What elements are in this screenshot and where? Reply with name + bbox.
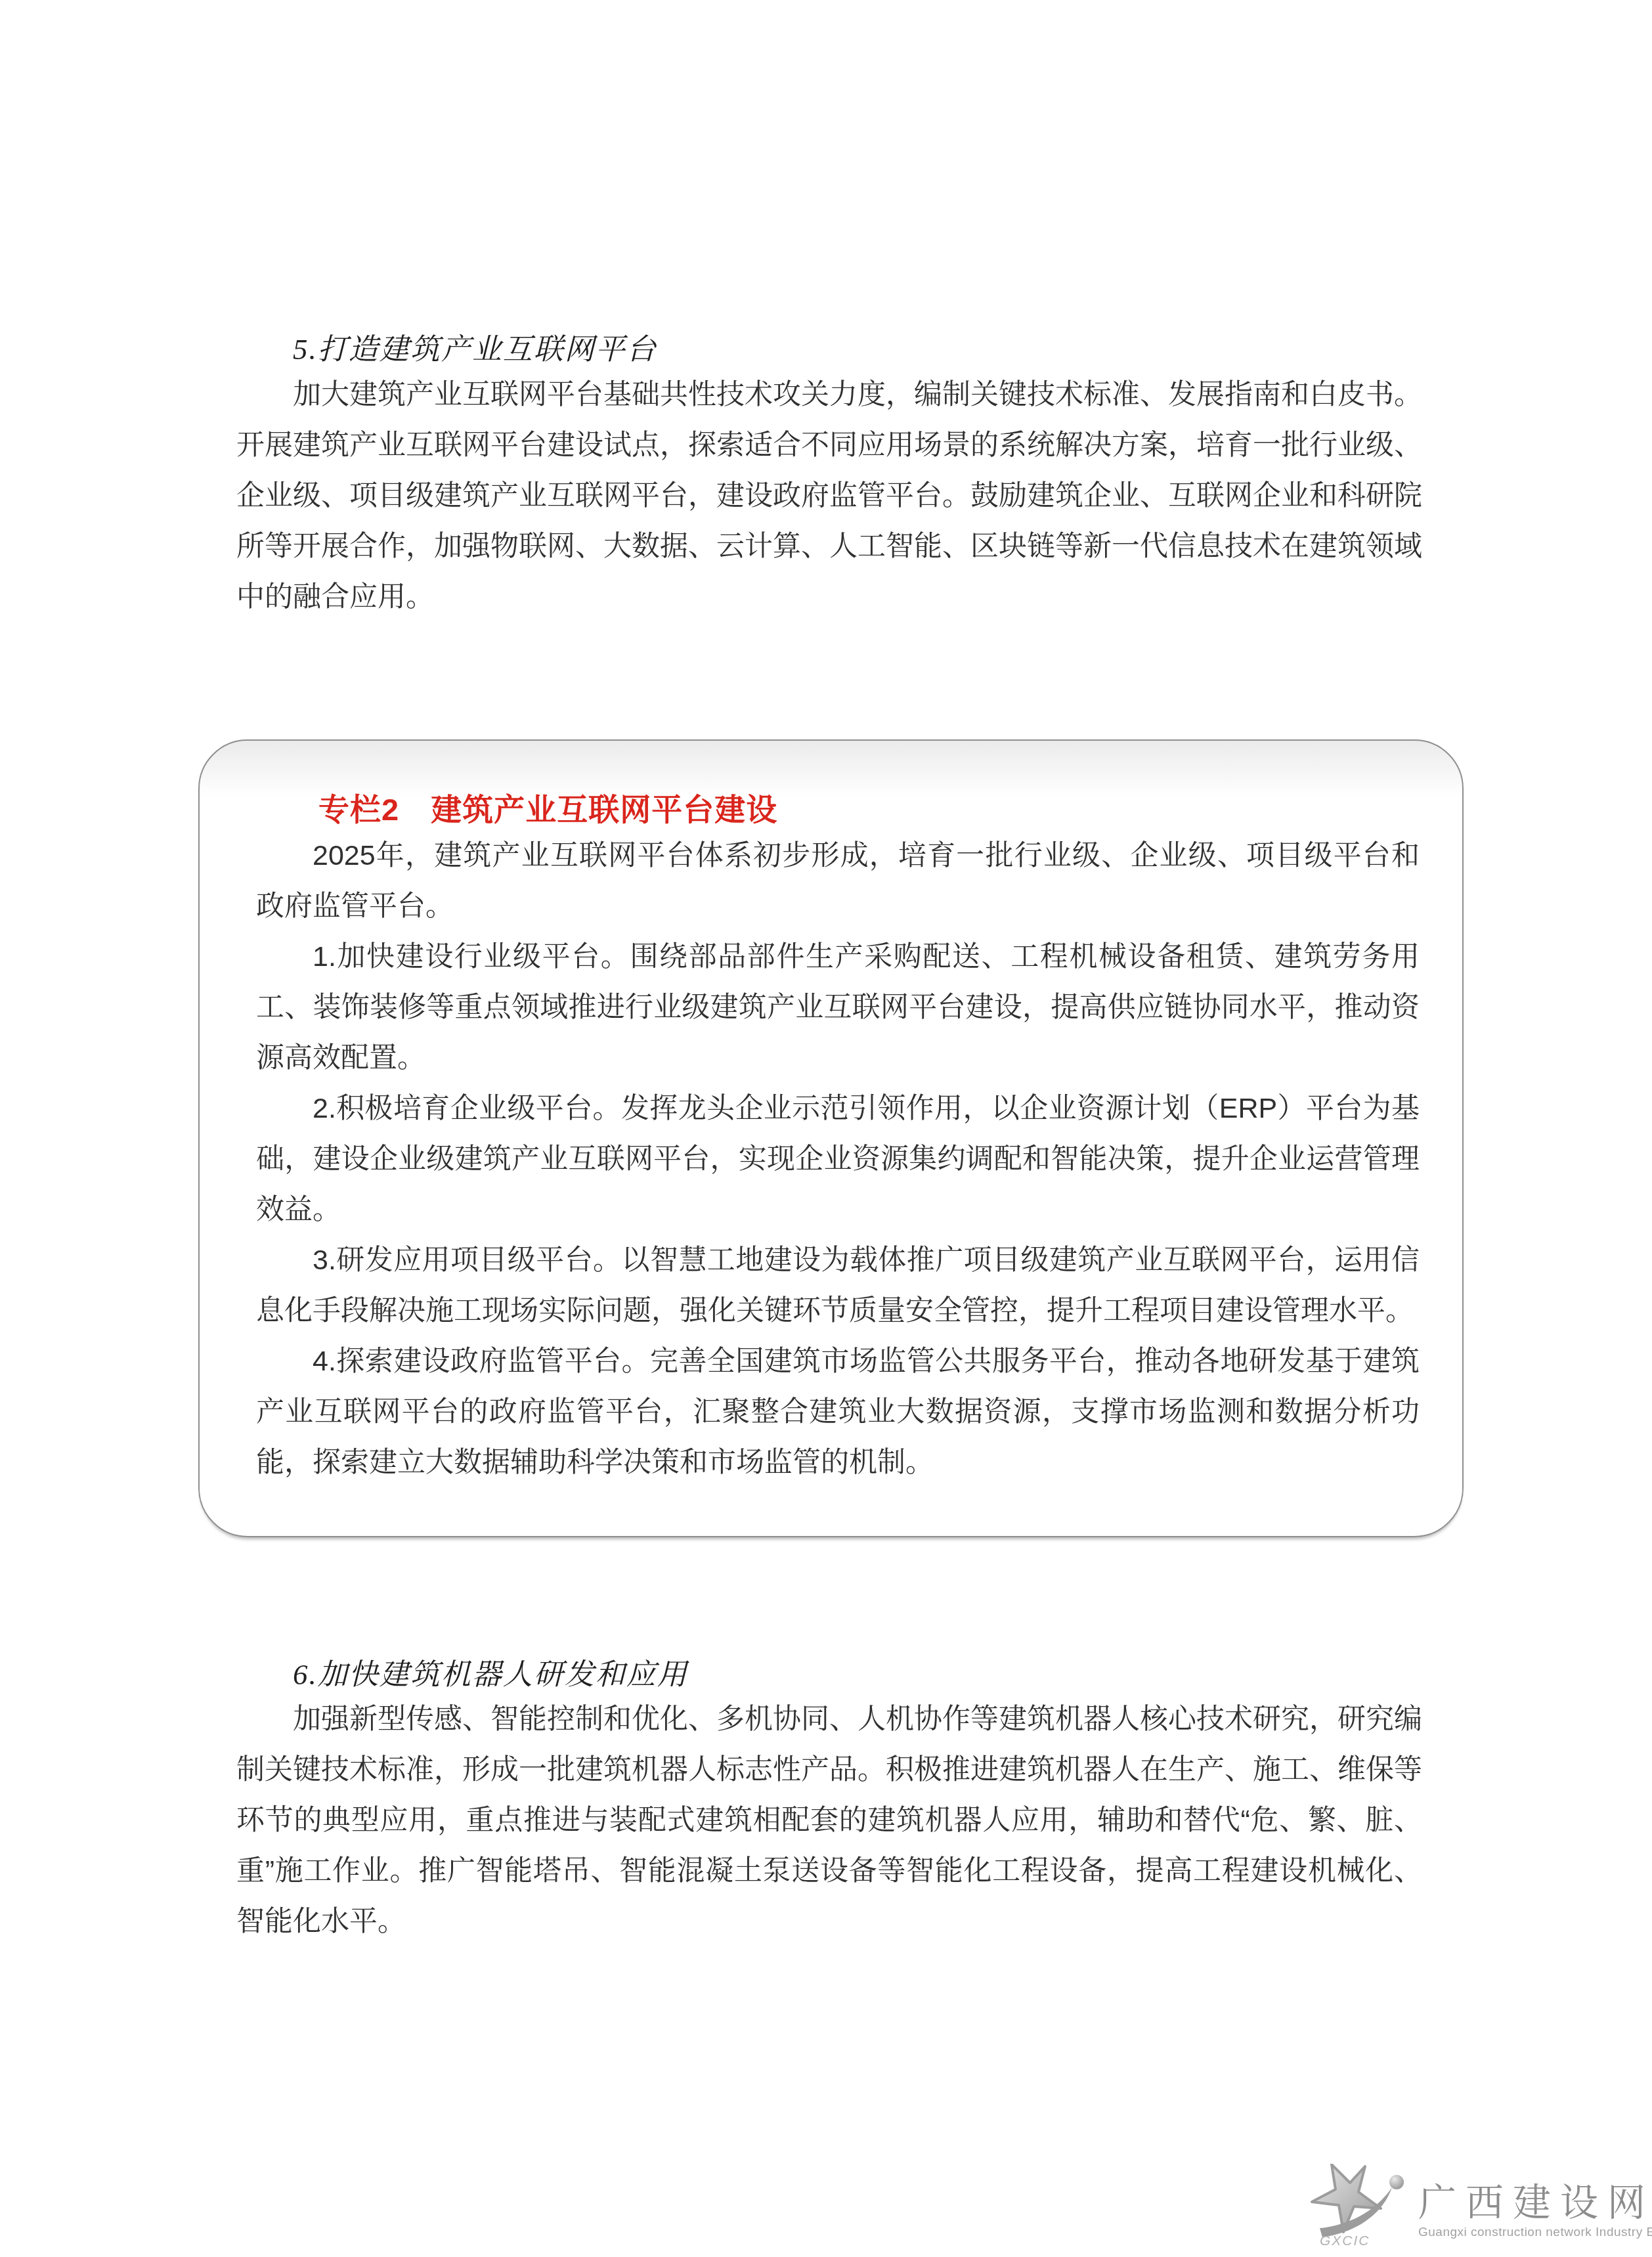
callout-box-body: 2025年，建筑产业互联网平台体系初步形成，培育一批行业级、企业级、项目级平台和… — [256, 831, 1420, 1488]
section-6-heading: 6.加快建筑机器人研发和应用 — [293, 1650, 688, 1693]
logo-name: 广西建设网 — [1418, 2183, 1652, 2223]
callout-paragraph-project-platform: 3.研发应用项目级平台。以智慧工地建设为载体推广项目级建筑产业互联网平台，运用信… — [256, 1235, 1420, 1336]
section-5-heading: 5.打造建筑产业互联网平台 — [293, 325, 657, 368]
gxcic-star-icon: GXCIC — [1301, 2164, 1412, 2248]
ball-shape — [1389, 2175, 1404, 2189]
callout-box-title: 专栏2 建筑产业互联网平台建设 — [318, 785, 777, 829]
callout-paragraph-government-platform: 4.探索建设政府监管平台。完善全国建筑市场监管公共服务平台，推动各地研发基于建筑… — [256, 1336, 1420, 1488]
callout-paragraph-overview: 2025年，建筑产业互联网平台体系初步形成，培育一批行业级、企业级、项目级平台和… — [256, 831, 1420, 932]
callout-box-2: 专栏2 建筑产业互联网平台建设 2025年，建筑产业互联网平台体系初步形成，培育… — [198, 739, 1464, 1537]
gxcic-logo: GXCIC 广西建设网 Guangxi construction network… — [1301, 2164, 1652, 2248]
logo-acronym: GXCIC — [1320, 2233, 1370, 2248]
callout-paragraph-industry-platform: 1.加快建设行业级平台。围绕部品部件生产采购配送、工程机械设备租赁、建筑劳务用工… — [256, 932, 1420, 1084]
logo-subtitle: Guangxi construction network Industry Ed… — [1418, 2225, 1652, 2240]
document-page: 5.打造建筑产业互联网平台 加大建筑产业互联网平台基础共性技术攻关力度，编制关键… — [0, 0, 1652, 2257]
callout-paragraph-enterprise-platform: 2.积极培育企业级平台。发挥龙头企业示范引领作用，以企业资源计划（ERP）平台为… — [256, 1084, 1420, 1235]
star-shape — [1312, 2164, 1381, 2232]
logo-text-block: 广西建设网 Guangxi construction network Indus… — [1418, 2164, 1652, 2240]
section-6-paragraph: 加强新型传感、智能控制和优化、多机协同、人机协作等建筑机器人核心技术研究，研究编… — [236, 1694, 1422, 1947]
section-5-paragraph: 加大建筑产业互联网平台基础共性技术攻关力度，编制关键技术标准、发展指南和白皮书。… — [236, 370, 1422, 623]
